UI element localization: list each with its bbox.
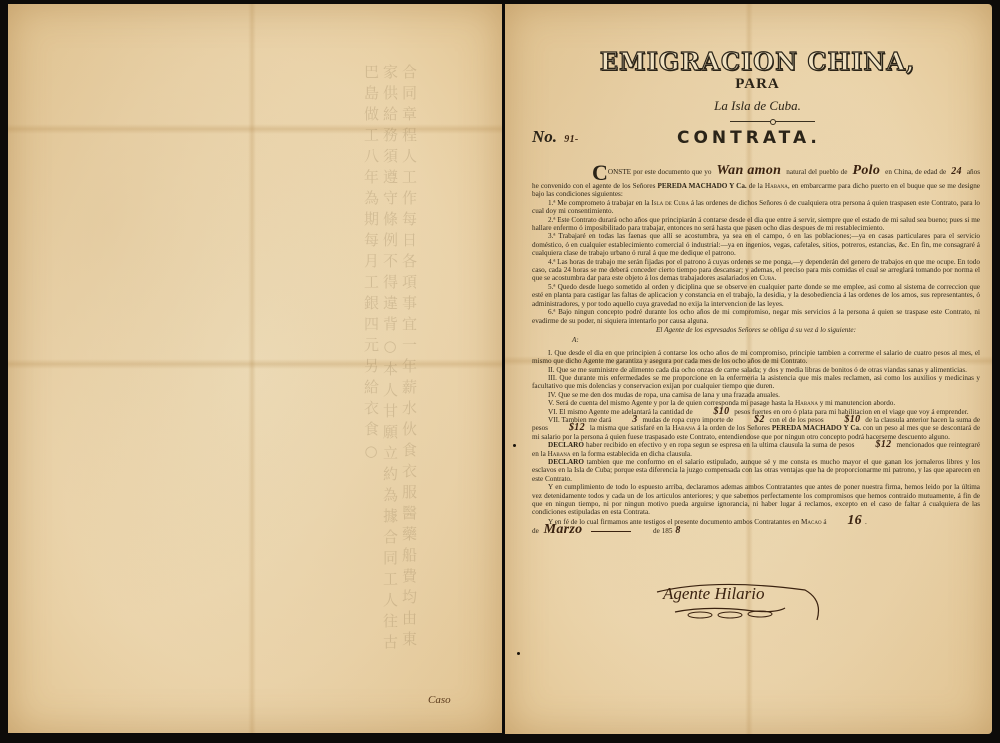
obligation-2: II. Que se me suministre de alimento cad… (532, 366, 980, 374)
hw-age: 24 (948, 168, 965, 176)
document-title: EMIGRACION CHINA, (585, 47, 930, 76)
obligation-1: I. Que desde el dia en que principien á … (532, 349, 980, 366)
clause-1: 1.ª Me comprometo á trabajar en la Isla … (532, 199, 980, 216)
contract-heading: CONTRATA. (677, 128, 821, 148)
closing-paragraph: Y en cumplimiento de todo lo espuesto ar… (532, 483, 980, 517)
ornamental-rule (730, 121, 815, 122)
signing-line: Y en fé de lo cual firmamos ante testigo… (532, 517, 980, 526)
right-page-contract: EMIGRACION CHINA, PARA La Isla de Cuba. … (505, 4, 992, 734)
hw-village: Polo (849, 167, 883, 175)
clause-4: 4.ª Las horas de trabajo me serán fijada… (532, 258, 980, 283)
clause-2: 2.ª Este Contrato durará ocho años que p… (532, 216, 980, 233)
signature-text: Agente Hilario (663, 584, 765, 604)
clause-5: 5.ª Quedo desde luego sometido al orden … (532, 283, 980, 308)
obligation-4: IV. Que se me den dos mudas de ropa, una… (532, 391, 980, 399)
left-page-reverse: 合同章程人工作每日各項事宜一年薪水伙食衣服醫藥船費均由東家供給務須遵守條例不得違… (8, 4, 502, 733)
date-dash (591, 531, 631, 532)
title-destination: La Isla de Cuba. (585, 98, 930, 114)
obligation-5: V. Será de cuenta del mismo Agente y por… (532, 399, 980, 407)
intro-paragraph: CONSTE por este documento que yo Wan amo… (532, 164, 980, 199)
contract-number-value: 91- (561, 134, 581, 145)
agent-obligations-heading: El Agente de los espresados Señores se o… (532, 326, 980, 334)
title-para: PARA (585, 76, 930, 93)
obligation-3: III. Que durante mis enfermedades se me … (532, 374, 980, 391)
declaration-1: DECLARO haber recibido en efectivo y en … (532, 441, 980, 458)
hw-name: Wan amon (713, 167, 784, 175)
hw-year-suffix: 8 (672, 527, 683, 535)
hw-declared-pesos: $12 (857, 441, 895, 449)
document-spread: 合同章程人工作每日各項事宜一年薪水伙食衣服醫藥船費均由東家供給務須遵守條例不得違… (0, 0, 1000, 743)
obligation-7: VII. Tambien me dará 3 mudas de ropa cuy… (532, 416, 980, 441)
clause-3: 3.ª Trabajaré en todas las faenas que al… (532, 232, 980, 257)
ink-speck (517, 652, 520, 655)
contract-body: CONSTE por este documento que yo Wan amo… (532, 164, 980, 536)
margin-note: Caso (428, 694, 451, 706)
hw-sum-pesos: $12 (550, 424, 588, 432)
a-label: A: (532, 336, 980, 344)
contract-number: No. 91- (532, 127, 582, 147)
hw-advance-amount: $10 (695, 408, 733, 416)
declaration-2: DECLARO tambien que me conformo en el sa… (532, 458, 980, 483)
agent-signature: Agente Hilario (655, 582, 825, 622)
chinese-bleed-through-text: 合同章程人工作每日各項事宜一年薪水伙食衣服醫藥船費均由東家供給務須遵守條例不得違… (78, 64, 418, 664)
contract-number-label: No. (532, 127, 557, 146)
hw-month: Marzo (541, 526, 586, 534)
hw-day: 16 (828, 517, 865, 525)
ink-speck (513, 444, 516, 447)
date-line: de Marzo de 1858 (532, 526, 980, 535)
clause-6: 6.ª Bajo ningun concepto podré durante l… (532, 308, 980, 325)
